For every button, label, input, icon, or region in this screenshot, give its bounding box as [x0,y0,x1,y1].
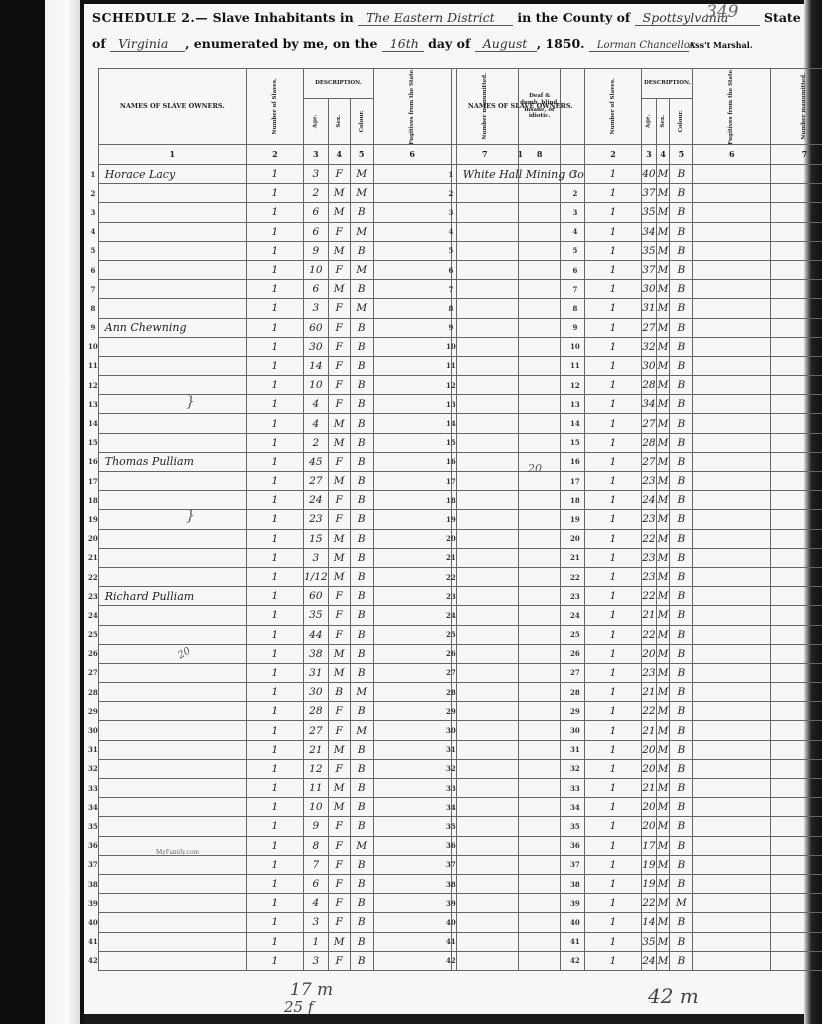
fugitive-cell [693,644,771,663]
owner-name: Ann Chewning [98,318,246,337]
age-cell: 19 [642,874,657,893]
age-cell: 21 [642,721,657,740]
age-cell: 9 [304,241,329,260]
sex-cell: M [656,606,670,625]
fugitive-cell [693,222,771,241]
sex-cell: M [328,663,350,682]
age-cell: 45 [304,452,329,471]
col-num-4: 4 [328,145,350,165]
age-cell: 22 [642,587,657,606]
fugitive-cell [693,414,771,433]
slave-count: 1 [246,625,303,644]
line-number: 15 [88,433,98,452]
line-number: 26 [446,644,456,663]
colour-cell: B [670,260,693,279]
manumitted-cell [771,433,822,452]
slave-count: 1 [584,855,641,874]
line-number: 13 [88,395,98,414]
slave-count: 1 [246,414,303,433]
owner-name [98,337,246,356]
col-manumitted-header: Number manumitted. [771,69,822,145]
owner-name [98,184,246,203]
age-cell: 24 [642,491,657,510]
line-number: 7 [88,280,98,299]
line-number: 30 [88,721,98,740]
slave-count: 1 [246,798,303,817]
fugitive-cell [373,587,451,606]
table-row: 37119MB37 [446,855,822,874]
fugitive-cell [373,376,451,395]
fugitive-cell [373,510,451,529]
fugitive-cell [373,184,451,203]
slave-count: 1 [584,433,641,452]
slave-count: 1 [584,644,641,663]
colour-cell: B [350,376,373,395]
fugitive-cell [693,472,771,491]
fugitive-cell [693,606,771,625]
line-number: 27 [446,663,456,682]
slave-count: 1 [246,203,303,222]
state-field: Virginia [110,36,185,52]
owner-name [456,683,584,702]
fugitive-cell [693,951,771,970]
fugitive-cell [693,683,771,702]
colour-cell: B [350,855,373,874]
manumitted-cell [771,452,822,471]
table-row: 25122MB25 [446,625,822,644]
line-number: 37 [88,855,98,874]
marshal-field: Lorman Chancellor [589,40,689,52]
fugitive-cell [373,683,451,702]
manumitted-cell [771,376,822,395]
sex-cell: M [656,567,670,586]
age-cell: 3 [304,548,329,567]
age-cell: 35 [304,606,329,625]
line-number: 12 [446,376,456,395]
fugitive-cell [373,721,451,740]
sex-cell: M [656,165,670,184]
colour-cell: B [670,836,693,855]
col-colour-header: Colour. [670,99,693,145]
manumitted-cell [771,165,822,184]
fugitive-cell [373,740,451,759]
slave-count: 1 [246,376,303,395]
colour-cell: B [350,452,373,471]
line-number: 33 [446,779,456,798]
sex-cell: M [656,318,670,337]
fugitive-cell [373,951,451,970]
manumitted-cell [771,855,822,874]
sex-cell: M [328,779,350,798]
colour-cell: B [670,663,693,682]
slave-count: 1 [584,567,641,586]
line-number: 3 [88,203,98,222]
line-number: 14 [88,414,98,433]
manumitted-cell [771,759,822,778]
fugitive-cell [373,260,451,279]
slave-count: 1 [584,663,641,682]
table-row: 13134MB13 [446,395,822,414]
fugitive-cell [693,932,771,951]
sex-cell: M [656,260,670,279]
col-num-5: 5 [670,145,693,165]
age-cell: 1 [304,932,329,951]
manumitted-cell [771,491,822,510]
table-row: 15128MB15 [446,433,822,452]
county-field: Spottsylvania [635,10,760,26]
sex-cell: F [328,855,350,874]
slave-count: 1 [584,376,641,395]
fugitive-cell [693,510,771,529]
fugitive-cell [693,567,771,586]
fugitive-cell [373,625,451,644]
age-cell: 30 [304,337,329,356]
sex-cell: M [328,932,350,951]
slave-count: 1 [246,874,303,893]
manumitted-cell [771,587,822,606]
colour-cell: B [350,798,373,817]
colour-cell: B [670,625,693,644]
owner-name [456,414,584,433]
fugitive-cell [373,663,451,682]
line-number: 42 [88,951,98,970]
slave-count: 1 [246,913,303,932]
fugitive-cell [693,798,771,817]
colour-cell: B [670,567,693,586]
fugitive-cell [373,855,451,874]
line-number: 29 [446,702,456,721]
fugitive-cell [373,337,451,356]
owner-name [98,472,246,491]
sex-cell: F [328,452,350,471]
line-number: 20 [88,529,98,548]
sex-cell: F [328,894,350,913]
sex-cell: F [328,836,350,855]
slave-count: 1 [246,510,303,529]
age-cell: 6 [304,280,329,299]
fugitive-cell [693,702,771,721]
col-num-3: 3 [642,145,657,165]
owner-name [456,241,584,260]
owner-name [98,951,246,970]
slave-count: 1 [584,779,641,798]
sex-cell: M [328,241,350,260]
age-cell: 20 [642,817,657,836]
colour-cell: M [350,299,373,318]
fugitive-cell [373,491,451,510]
fugitive-cell [373,702,451,721]
manumitted-cell [771,951,822,970]
line-number: 18 [88,491,98,510]
colour-cell: B [350,356,373,375]
sex-cell: M [328,472,350,491]
age-cell: 14 [304,356,329,375]
owner-name: White Hall Mining Co [456,165,584,184]
sex-cell: M [328,280,350,299]
col-num-2: 2 [584,145,641,165]
col-num-4: 4 [656,145,670,165]
colour-cell: B [670,798,693,817]
slave-count: 1 [246,606,303,625]
fugitive-cell [693,433,771,452]
line-number: 40 [446,913,456,932]
slave-count: 1 [246,683,303,702]
table-row: 12128MB12 [446,376,822,395]
line-number: 14 [446,414,456,433]
slave-count: 1 [584,683,641,702]
age-cell: 2 [304,433,329,452]
owner-name [456,740,584,759]
slave-count: 1 [246,318,303,337]
owner-name [98,510,246,529]
manumitted-cell [771,260,822,279]
manumitted-cell [771,510,822,529]
sex-cell: M [656,644,670,663]
slave-count: 1 [584,260,641,279]
slave-count: 1 [246,759,303,778]
fugitive-cell [373,433,451,452]
enumerated-text: , enumerated by me, on the [185,36,377,51]
age-cell: 38 [304,644,329,663]
colour-cell: B [670,606,693,625]
owner-name [98,356,246,375]
sex-cell: M [656,433,670,452]
slave-count: 1 [246,567,303,586]
line-number: 12 [88,376,98,395]
sex-cell: M [328,414,350,433]
margin-number: 20 [528,462,542,475]
table-row: 26120MB26 [446,644,822,663]
slave-count: 1 [584,472,641,491]
table-row: 18124MB18 [446,491,822,510]
colour-cell: B [670,165,693,184]
owner-name [98,606,246,625]
owner-name [456,951,584,970]
colour-cell: B [350,241,373,260]
sex-cell: M [656,663,670,682]
sex-cell: M [656,798,670,817]
fugitive-cell [693,913,771,932]
age-cell: 22 [642,529,657,548]
colour-cell: B [350,529,373,548]
fugitive-cell [693,874,771,893]
colour-cell: B [670,721,693,740]
slave-count: 1 [584,817,641,836]
sex-cell: F [328,299,350,318]
age-cell: 9 [304,817,329,836]
colour-cell: B [670,241,693,260]
owner-name [98,817,246,836]
sex-cell: B [328,683,350,702]
line-number: 37 [446,855,456,874]
age-cell: 31 [642,299,657,318]
age-cell: 40 [642,165,657,184]
sex-cell: M [656,759,670,778]
line-number: 29 [88,702,98,721]
state-label: State [764,10,801,25]
brace-mark: } [186,508,195,524]
age-cell: 31 [304,663,329,682]
line-number: 42 [446,951,456,970]
slave-count: 1 [584,452,641,471]
slave-count: 1 [246,433,303,452]
slave-count: 1 [246,184,303,203]
fugitive-cell [693,894,771,913]
line-number: 17 [446,472,456,491]
sex-cell: M [656,779,670,798]
colour-cell: B [670,874,693,893]
slave-count: 1 [584,241,641,260]
owner-name [98,433,246,452]
slave-count: 1 [246,894,303,913]
age-cell: 15 [304,529,329,548]
line-number: 32 [88,759,98,778]
col-num-5: 5 [350,145,373,165]
line-number: 11 [88,356,98,375]
fugitive-cell [373,836,451,855]
sex-cell: M [656,855,670,874]
line-gutter [88,69,98,145]
sex-cell: M [656,740,670,759]
slave-count: 1 [246,548,303,567]
line-number: 18 [446,491,456,510]
colour-cell: M [350,721,373,740]
colour-cell: B [670,203,693,222]
table-row: 9127MB9 [446,318,822,337]
line-number: 1 [88,165,98,184]
manumitted-cell [771,241,822,260]
colour-cell: B [350,203,373,222]
manumitted-cell [771,798,822,817]
line-number: 5 [446,241,456,260]
age-cell: 21 [642,606,657,625]
colour-cell: B [670,548,693,567]
colour-cell: B [350,510,373,529]
owner-name [456,894,584,913]
line-number: 2 [446,184,456,203]
fugitive-cell [373,241,451,260]
line-number: 23 [88,587,98,606]
manumitted-cell [771,894,822,913]
manumitted-cell [771,779,822,798]
owner-name [98,529,246,548]
age-cell: 3 [304,299,329,318]
line-number: 15 [446,433,456,452]
line-number: 23 [446,587,456,606]
line-number: 21 [88,548,98,567]
manumitted-cell [771,472,822,491]
page-number: 349 [706,2,738,22]
slave-count: 1 [584,548,641,567]
owner-name [98,376,246,395]
owner-name [456,817,584,836]
owner-name [98,663,246,682]
fugitive-cell [693,337,771,356]
table-row: 8131MB8 [446,299,822,318]
owner-name [456,548,584,567]
sex-cell: F [328,337,350,356]
table-row: 14127MB14 [446,414,822,433]
fugitive-cell [373,779,451,798]
fugitive-cell [693,356,771,375]
colour-cell: B [670,644,693,663]
fugitive-cell [693,299,771,318]
colour-cell: M [670,894,693,913]
owner-name [456,395,584,414]
colour-cell: B [670,222,693,241]
age-cell: 60 [304,587,329,606]
manumitted-cell [771,683,822,702]
owner-name [456,779,584,798]
table-row: 40114MB40 [446,913,822,932]
fugitive-cell [373,548,451,567]
owner-name [98,702,246,721]
line-number: 36 [88,836,98,855]
sex-cell: M [656,836,670,855]
age-cell: 3 [304,165,329,184]
slave-count: 1 [584,222,641,241]
table-row: 4134MB4 [446,222,822,241]
colour-cell: B [670,395,693,414]
table-row: 16127MB16 [446,452,822,471]
age-cell: 10 [304,260,329,279]
manumitted-cell [771,548,822,567]
manumitted-cell [771,625,822,644]
tally-right: 42 m [648,984,699,1008]
colour-cell: B [670,376,693,395]
manumitted-cell [771,414,822,433]
sex-cell: M [656,241,670,260]
slave-count: 1 [246,721,303,740]
slave-count: 1 [246,280,303,299]
slave-count: 1 [584,606,641,625]
slave-count: 1 [246,663,303,682]
owner-name [456,299,584,318]
fugitive-cell [373,452,451,471]
col-names-header: NAMES OF SLAVE OWNERS. [98,69,246,145]
owner-name [98,759,246,778]
slave-count: 1 [246,932,303,951]
slave-count: 1 [246,337,303,356]
line-number: 8 [88,299,98,318]
brace-mark: } [186,394,195,410]
age-cell: 6 [304,222,329,241]
fugitive-cell [373,280,451,299]
line-number: 13 [446,395,456,414]
slave-count: 1 [584,951,641,970]
manumitted-cell [771,644,822,663]
owner-name [456,222,584,241]
marshal-label: Ass't Marshal. [689,40,753,50]
owner-name [98,740,246,759]
age-cell: 14 [642,913,657,932]
colour-cell: B [350,644,373,663]
line-number: 24 [446,606,456,625]
sex-cell: M [656,817,670,836]
sex-cell: M [328,548,350,567]
line-number: 25 [88,625,98,644]
age-cell: 30 [642,356,657,375]
age-cell: 35 [642,932,657,951]
manumitted-cell [771,318,822,337]
owner-name [456,491,584,510]
colour-cell: B [670,472,693,491]
fugitive-cell [373,874,451,893]
sex-cell: M [656,951,670,970]
slave-count: 1 [246,222,303,241]
line-number: 36 [446,836,456,855]
age-cell: 32 [642,337,657,356]
